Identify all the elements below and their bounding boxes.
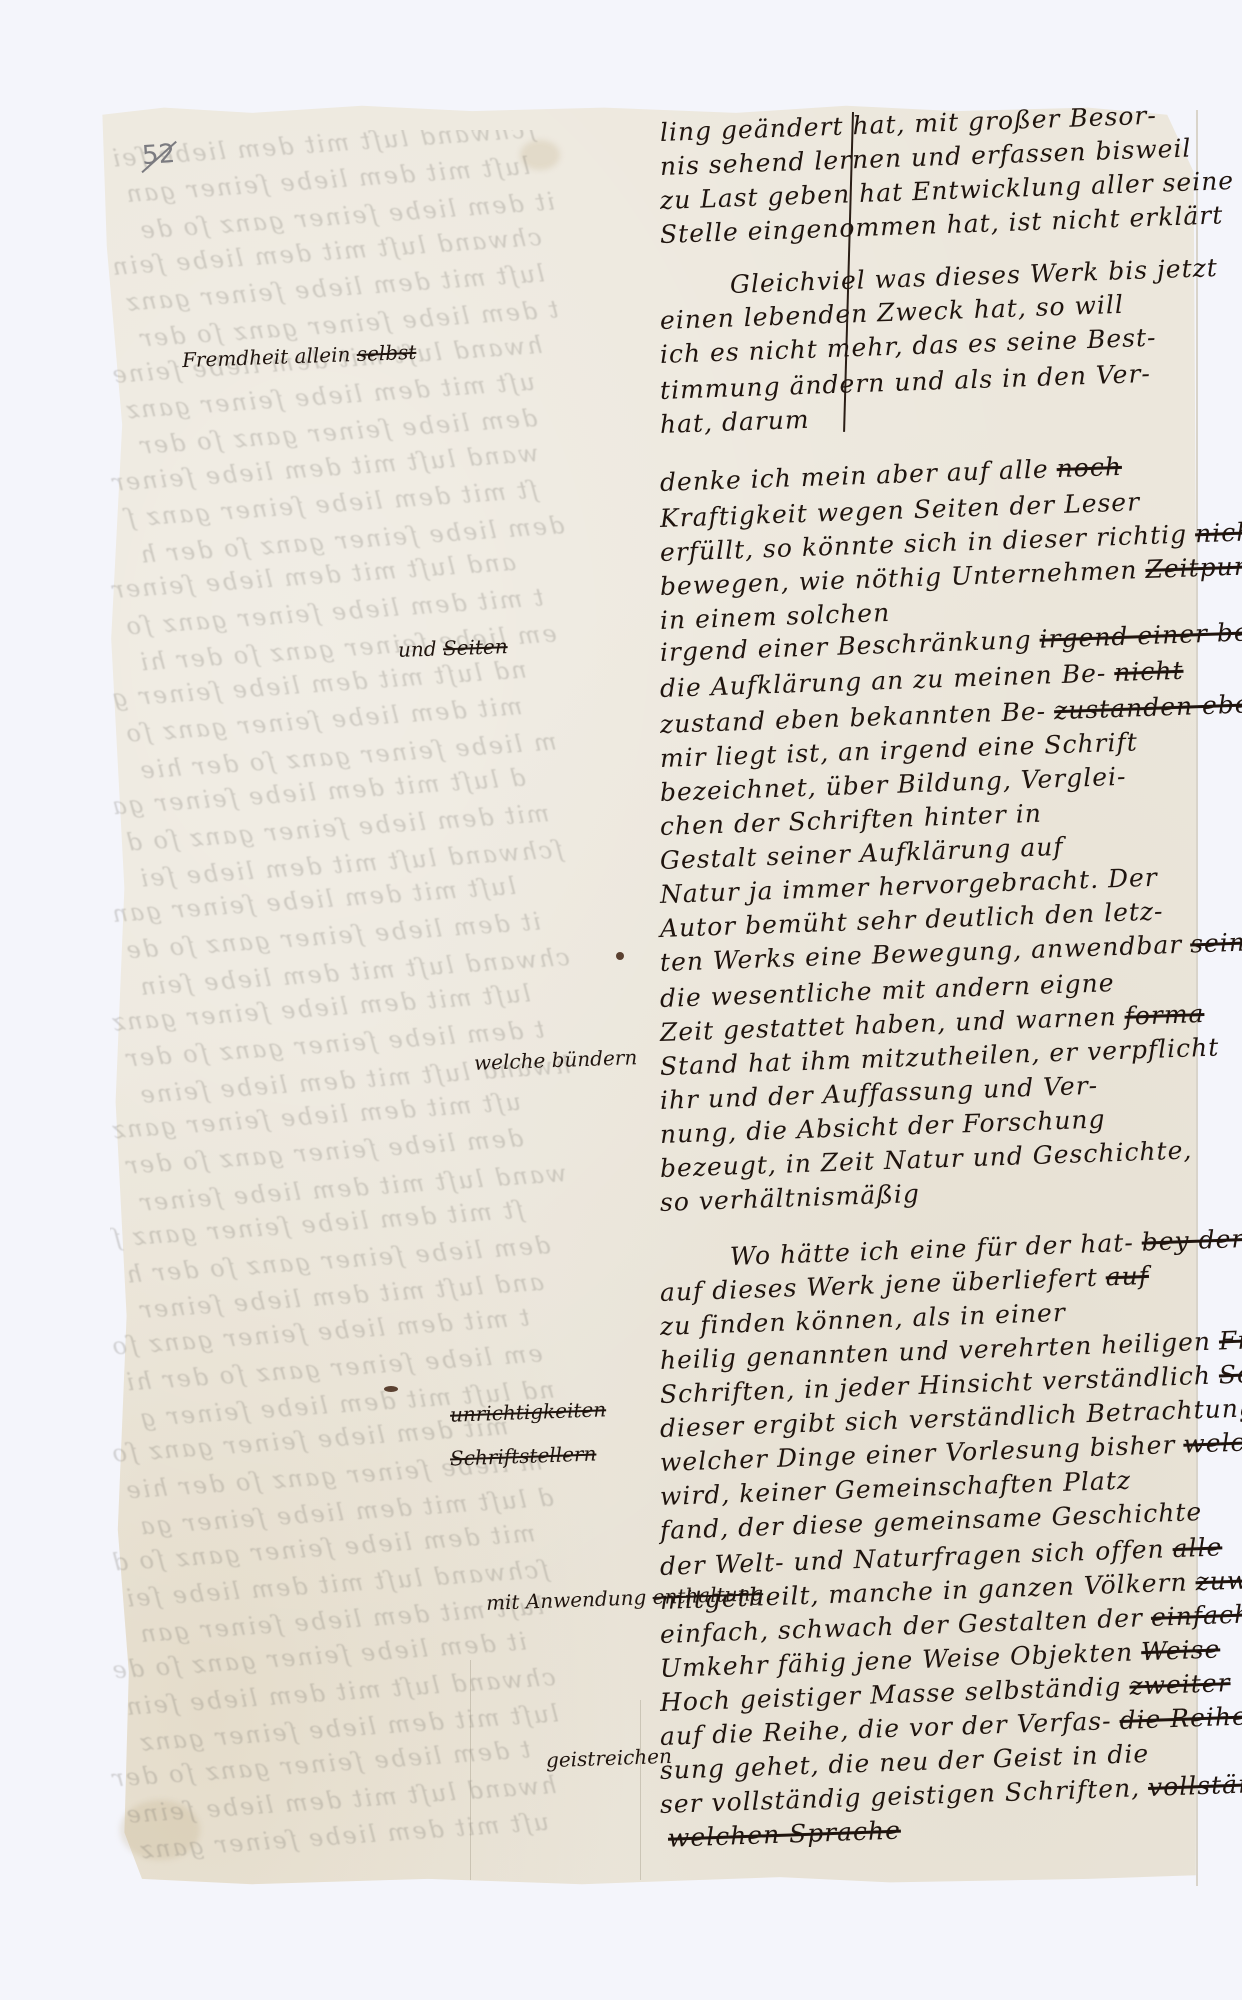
struck-text: forma xyxy=(1124,999,1205,1031)
ink-blot xyxy=(616,952,624,960)
struck-text: nicht xyxy=(1195,517,1242,548)
margin-annotation: Schriftstellern xyxy=(450,1441,597,1470)
struck-text: Zeitpunkt xyxy=(1145,550,1242,584)
struck-text: zustanden eben xyxy=(1054,689,1242,725)
line-text xyxy=(659,1824,660,1853)
struck-text: zweiter xyxy=(1129,1668,1231,1701)
struck-text: einfach stark xyxy=(1150,1597,1242,1632)
struck-text: seinen xyxy=(1190,926,1242,958)
struck-text: bey der hat xyxy=(1141,1222,1242,1256)
struck-text: noch xyxy=(1056,452,1122,483)
struck-text: vollständig xyxy=(1148,1768,1242,1802)
struck-text: Schriften xyxy=(1218,1356,1242,1389)
paper-fold xyxy=(640,1700,641,1880)
manuscript-line: hat, darum xyxy=(659,405,810,439)
struck-text: alle xyxy=(1172,1532,1223,1563)
struck-text: nicht xyxy=(1114,656,1184,687)
margin-annotation: und Seiten xyxy=(398,634,508,662)
margin-annotation: geistreichen xyxy=(546,1744,673,1772)
struck-text: auf xyxy=(1105,1261,1149,1291)
ink-blot xyxy=(384,1386,398,1392)
struck-text: Fragen werde xyxy=(1218,1320,1242,1356)
scan-canvas: ſchwand luſt mit dem liebe ſei luſt mit … xyxy=(0,0,1242,2000)
struck-text: zuweilen wird xyxy=(1195,1561,1242,1597)
struck-text: die Reihe xyxy=(1119,1701,1242,1734)
line-text: hat, darum xyxy=(659,405,810,439)
folio-number: 52 xyxy=(141,139,176,171)
struck-text: Weise xyxy=(1141,1634,1221,1666)
